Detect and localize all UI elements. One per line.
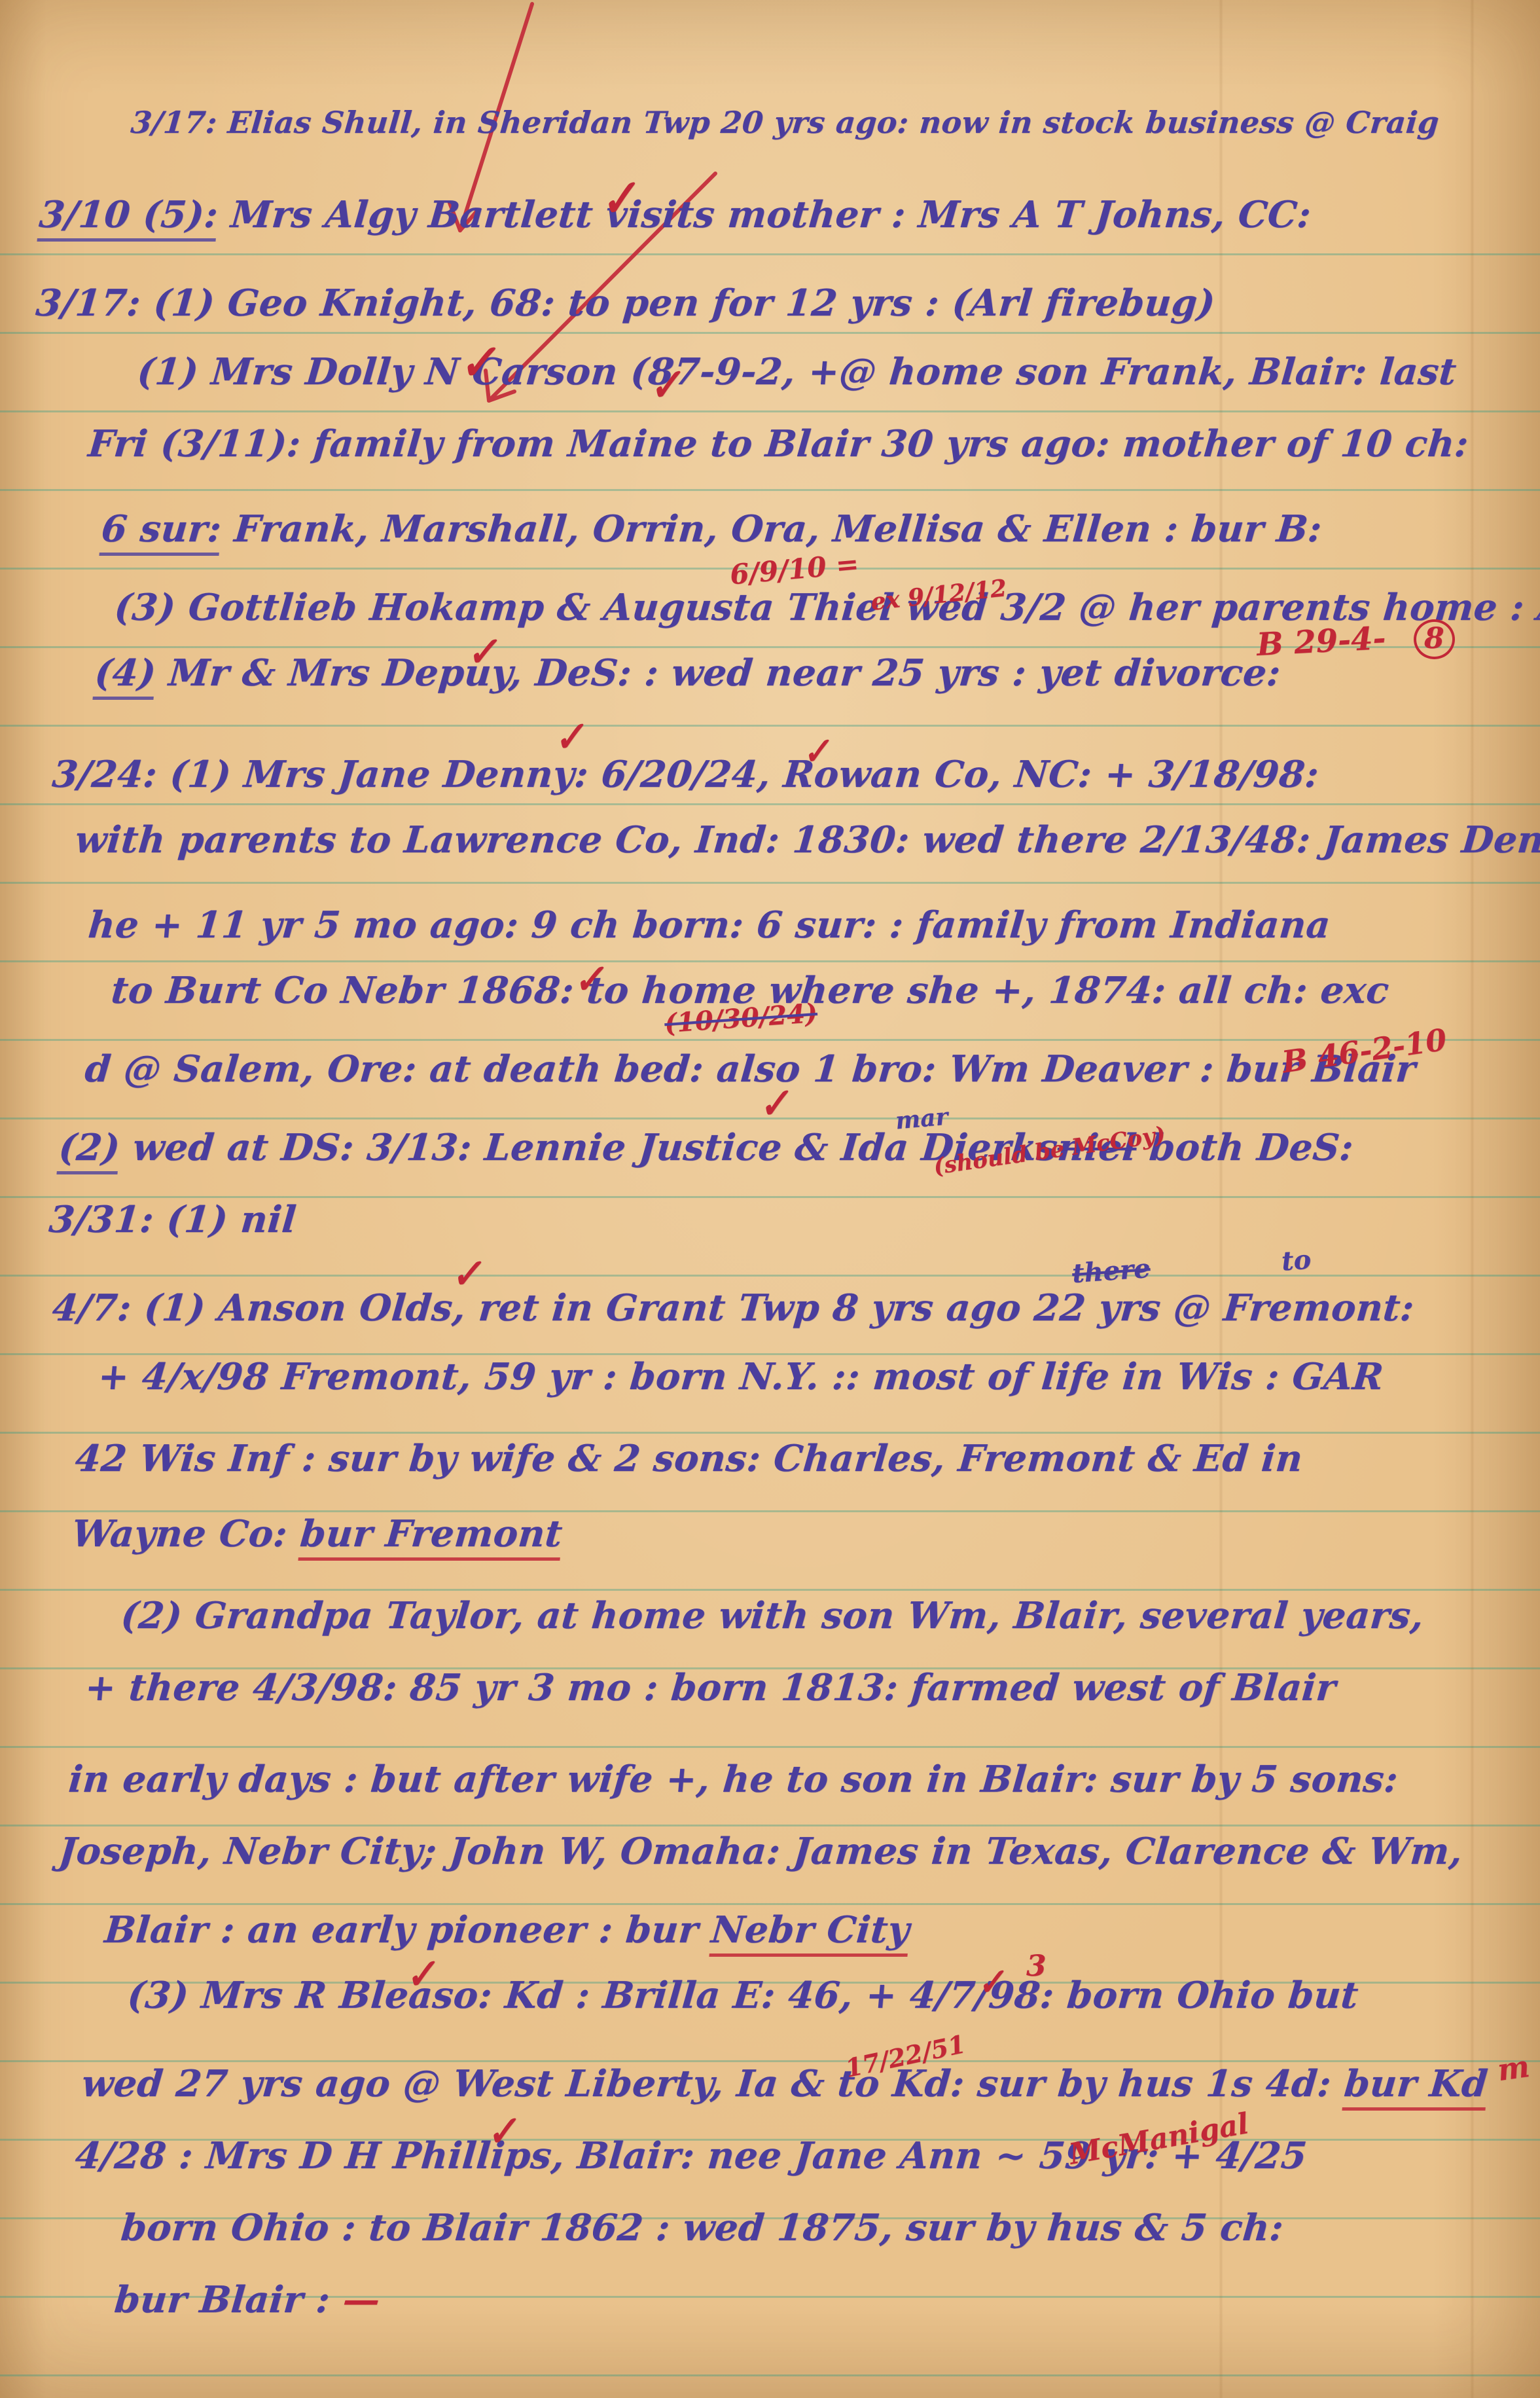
ink-segment: (1) Mrs Dolly N Carson (87-9-2, +@ home …: [135, 350, 1458, 393]
margin-annotation: 6/9/10 =: [728, 547, 860, 590]
red-checkmark-icon: ✓: [448, 1250, 484, 1298]
handwritten-line: + 4/x/98 Fremont, 59 yr : born N.Y. :: m…: [96, 1355, 1385, 1398]
ink-segment: wed 27 yrs ago @ West Liberty, Ia & to K…: [80, 2062, 1346, 2105]
notebook-page: 3/17: Elias Shull, in Sheridan Twp 20 yr…: [0, 0, 1540, 2398]
red-checkmark-icon: ✓: [464, 628, 499, 676]
red-checkmark-icon: ✓: [645, 359, 685, 412]
margin-annotation: m: [1495, 2048, 1531, 2088]
ink-segment: 6 sur:: [99, 507, 223, 556]
ink-segment: (2): [56, 1126, 122, 1174]
ink-segment: (4): [92, 651, 158, 700]
handwritten-line: 42 Wis Inf : sur by wife & 2 sons: Charl…: [73, 1437, 1304, 1480]
handwritten-line: Joseph, Nebr City; John W, Omaha: James …: [57, 1830, 1464, 1873]
handwritten-line: 3/17: (1) Geo Knight, 68: to pen for 12 …: [34, 282, 1217, 325]
margin-annotation: there: [1071, 1253, 1152, 1289]
ink-segment: (2) Grandpa Taylor, at home with son Wm,…: [119, 1594, 1425, 1637]
red-checkmark-icon: ✓: [571, 956, 606, 1003]
red-checkmark-icon: ✓: [550, 713, 588, 761]
handwritten-line: 3/24: (1) Mrs Jane Denny: 6/20/24, Rowan…: [50, 753, 1321, 796]
handwritten-line: Blair : an early pioneer : bur Nebr City: [103, 1908, 911, 1952]
red-checkmark-icon: ✓: [755, 1080, 793, 1128]
ink-segment: both DeS:: [1135, 1126, 1355, 1169]
paper-crease: [1470, 0, 1475, 2398]
ink-segment: with parents to Lawrence Co, Ind: 1830: …: [73, 818, 1540, 862]
ink-segment: 3/17: (1) Geo Knight, 68: to pen for 12 …: [34, 282, 1217, 325]
handwritten-line: (2) Grandpa Taylor, at home with son Wm,…: [119, 1594, 1425, 1637]
red-checkmark-icon: ✓: [483, 2107, 521, 2156]
ink-segment: Blair : an early pioneer : bur: [103, 1908, 713, 1952]
handwritten-line: (3) Mrs R Bleaso: Kd : Brilla E: 46, + 4…: [126, 1974, 1360, 2017]
ink-segment: —: [341, 2278, 382, 2321]
margin-annotation: 8: [1414, 619, 1455, 659]
margin-annotation: mar: [894, 1103, 949, 1135]
ink-segment: Fri (3/11): family from Maine to Blair 3…: [86, 422, 1470, 465]
handwritten-line: Fri (3/11): family from Maine to Blair 3…: [86, 422, 1470, 465]
handwritten-line: d @ Salem, Ore: at death bed: also 1 bro…: [83, 1047, 1418, 1091]
ink-segment: Frank, Marshall, Orrin, Ora, Mellisa & E…: [219, 507, 1323, 551]
ink-segment: 3/10 (5):: [37, 193, 220, 242]
ink-segment: in early days : but after wife +, he to …: [67, 1758, 1400, 1801]
handwritten-line: in early days : but after wife +, he to …: [67, 1758, 1400, 1801]
handwritten-line: (4) Mr & Mrs Depuy, DeS: : wed near 25 y…: [93, 651, 1282, 695]
ink-segment: Joseph, Nebr City; John W, Omaha: James …: [57, 1830, 1464, 1873]
handwritten-line: born Ohio : to Blair 1862 : wed 1875, su…: [119, 2206, 1285, 2249]
ink-segment: he + 11 yr 5 mo ago: 9 ch born: 6 sur: :…: [86, 903, 1332, 947]
red-checkmark-icon: ✓: [974, 1961, 1008, 2004]
handwritten-line: (1) Mrs Dolly N Carson (87-9-2, +@ home …: [135, 350, 1458, 393]
ink-segment: bur Blair :: [113, 2278, 345, 2321]
handwritten-line: 3/10 (5): Mrs Algy Bartlett visits mothe…: [37, 193, 1313, 236]
ink-segment: Nebr City: [709, 1908, 911, 1957]
ink-segment: (3) Mrs R Bleaso: Kd : Brilla E: 46, + 4…: [126, 1974, 1360, 2017]
handwritten-line: 3/31: (1) nil: [47, 1198, 298, 1241]
margin-annotation: to: [1280, 1244, 1312, 1277]
handwritten-line: wed 27 yrs ago @ West Liberty, Ia & to K…: [80, 2062, 1490, 2105]
handwritten-line: + there 4/3/98: 85 yr 3 mo : born 1813: …: [83, 1666, 1338, 1709]
ink-segment: Mrs Algy Bartlett visits mother : Mrs A …: [216, 193, 1313, 236]
ink-segment: 3/24: (1) Mrs Jane Denny: 6/20/24, Rowan…: [50, 753, 1321, 796]
ink-segment: 3/31: (1) nil: [47, 1198, 298, 1241]
margin-annotation: B 29-4-: [1256, 620, 1387, 663]
red-checkmark-icon: ✓: [402, 1950, 440, 1999]
ink-segment: bur Kd: [1342, 2062, 1490, 2111]
ink-segment: 3/17: Elias Shull, in Sheridan Twp 20 yr…: [130, 105, 1441, 140]
handwritten-line: 4/7: (1) Anson Olds, ret in Grant Twp 8 …: [50, 1286, 1416, 1330]
ink-segment: + 4/x/98 Fremont, 59 yr : born N.Y. :: m…: [96, 1355, 1385, 1398]
red-checkmark-icon: ✓: [456, 334, 499, 391]
ink-segment: 42 Wis Inf : sur by wife & 2 sons: Charl…: [73, 1437, 1304, 1480]
handwritten-line: bur Blair : —: [113, 2278, 382, 2321]
ink-segment: d @ Salem, Ore: at death bed: also 1 bro…: [83, 1047, 1418, 1091]
margin-annotation: 3: [1026, 1950, 1047, 1983]
handwritten-line: Wayne Co: bur Fremont: [70, 1512, 564, 1555]
ink-segment: + there 4/3/98: 85 yr 3 mo : born 1813: …: [83, 1666, 1338, 1709]
handwritten-line: 3/17: Elias Shull, in Sheridan Twp 20 yr…: [130, 105, 1441, 140]
ink-segment: Wayne Co:: [70, 1512, 302, 1555]
red-checkmark-icon: ✓: [799, 730, 833, 773]
handwritten-line: he + 11 yr 5 mo ago: 9 ch born: 6 sur: :…: [86, 903, 1332, 947]
ink-segment: 4/7: (1) Anson Olds, ret in Grant Twp 8 …: [50, 1286, 1416, 1330]
ink-segment: born Ohio : to Blair 1862 : wed 1875, su…: [119, 2206, 1285, 2249]
ink-segment: Mr & Mrs Depuy, DeS: : wed near 25 yrs :…: [154, 651, 1282, 695]
ink-segment: bur Fremont: [298, 1512, 564, 1561]
handwritten-line: with parents to Lawrence Co, Ind: 1830: …: [73, 818, 1540, 862]
handwritten-line: 6 sur: Frank, Marshall, Orrin, Ora, Mell…: [99, 507, 1323, 551]
